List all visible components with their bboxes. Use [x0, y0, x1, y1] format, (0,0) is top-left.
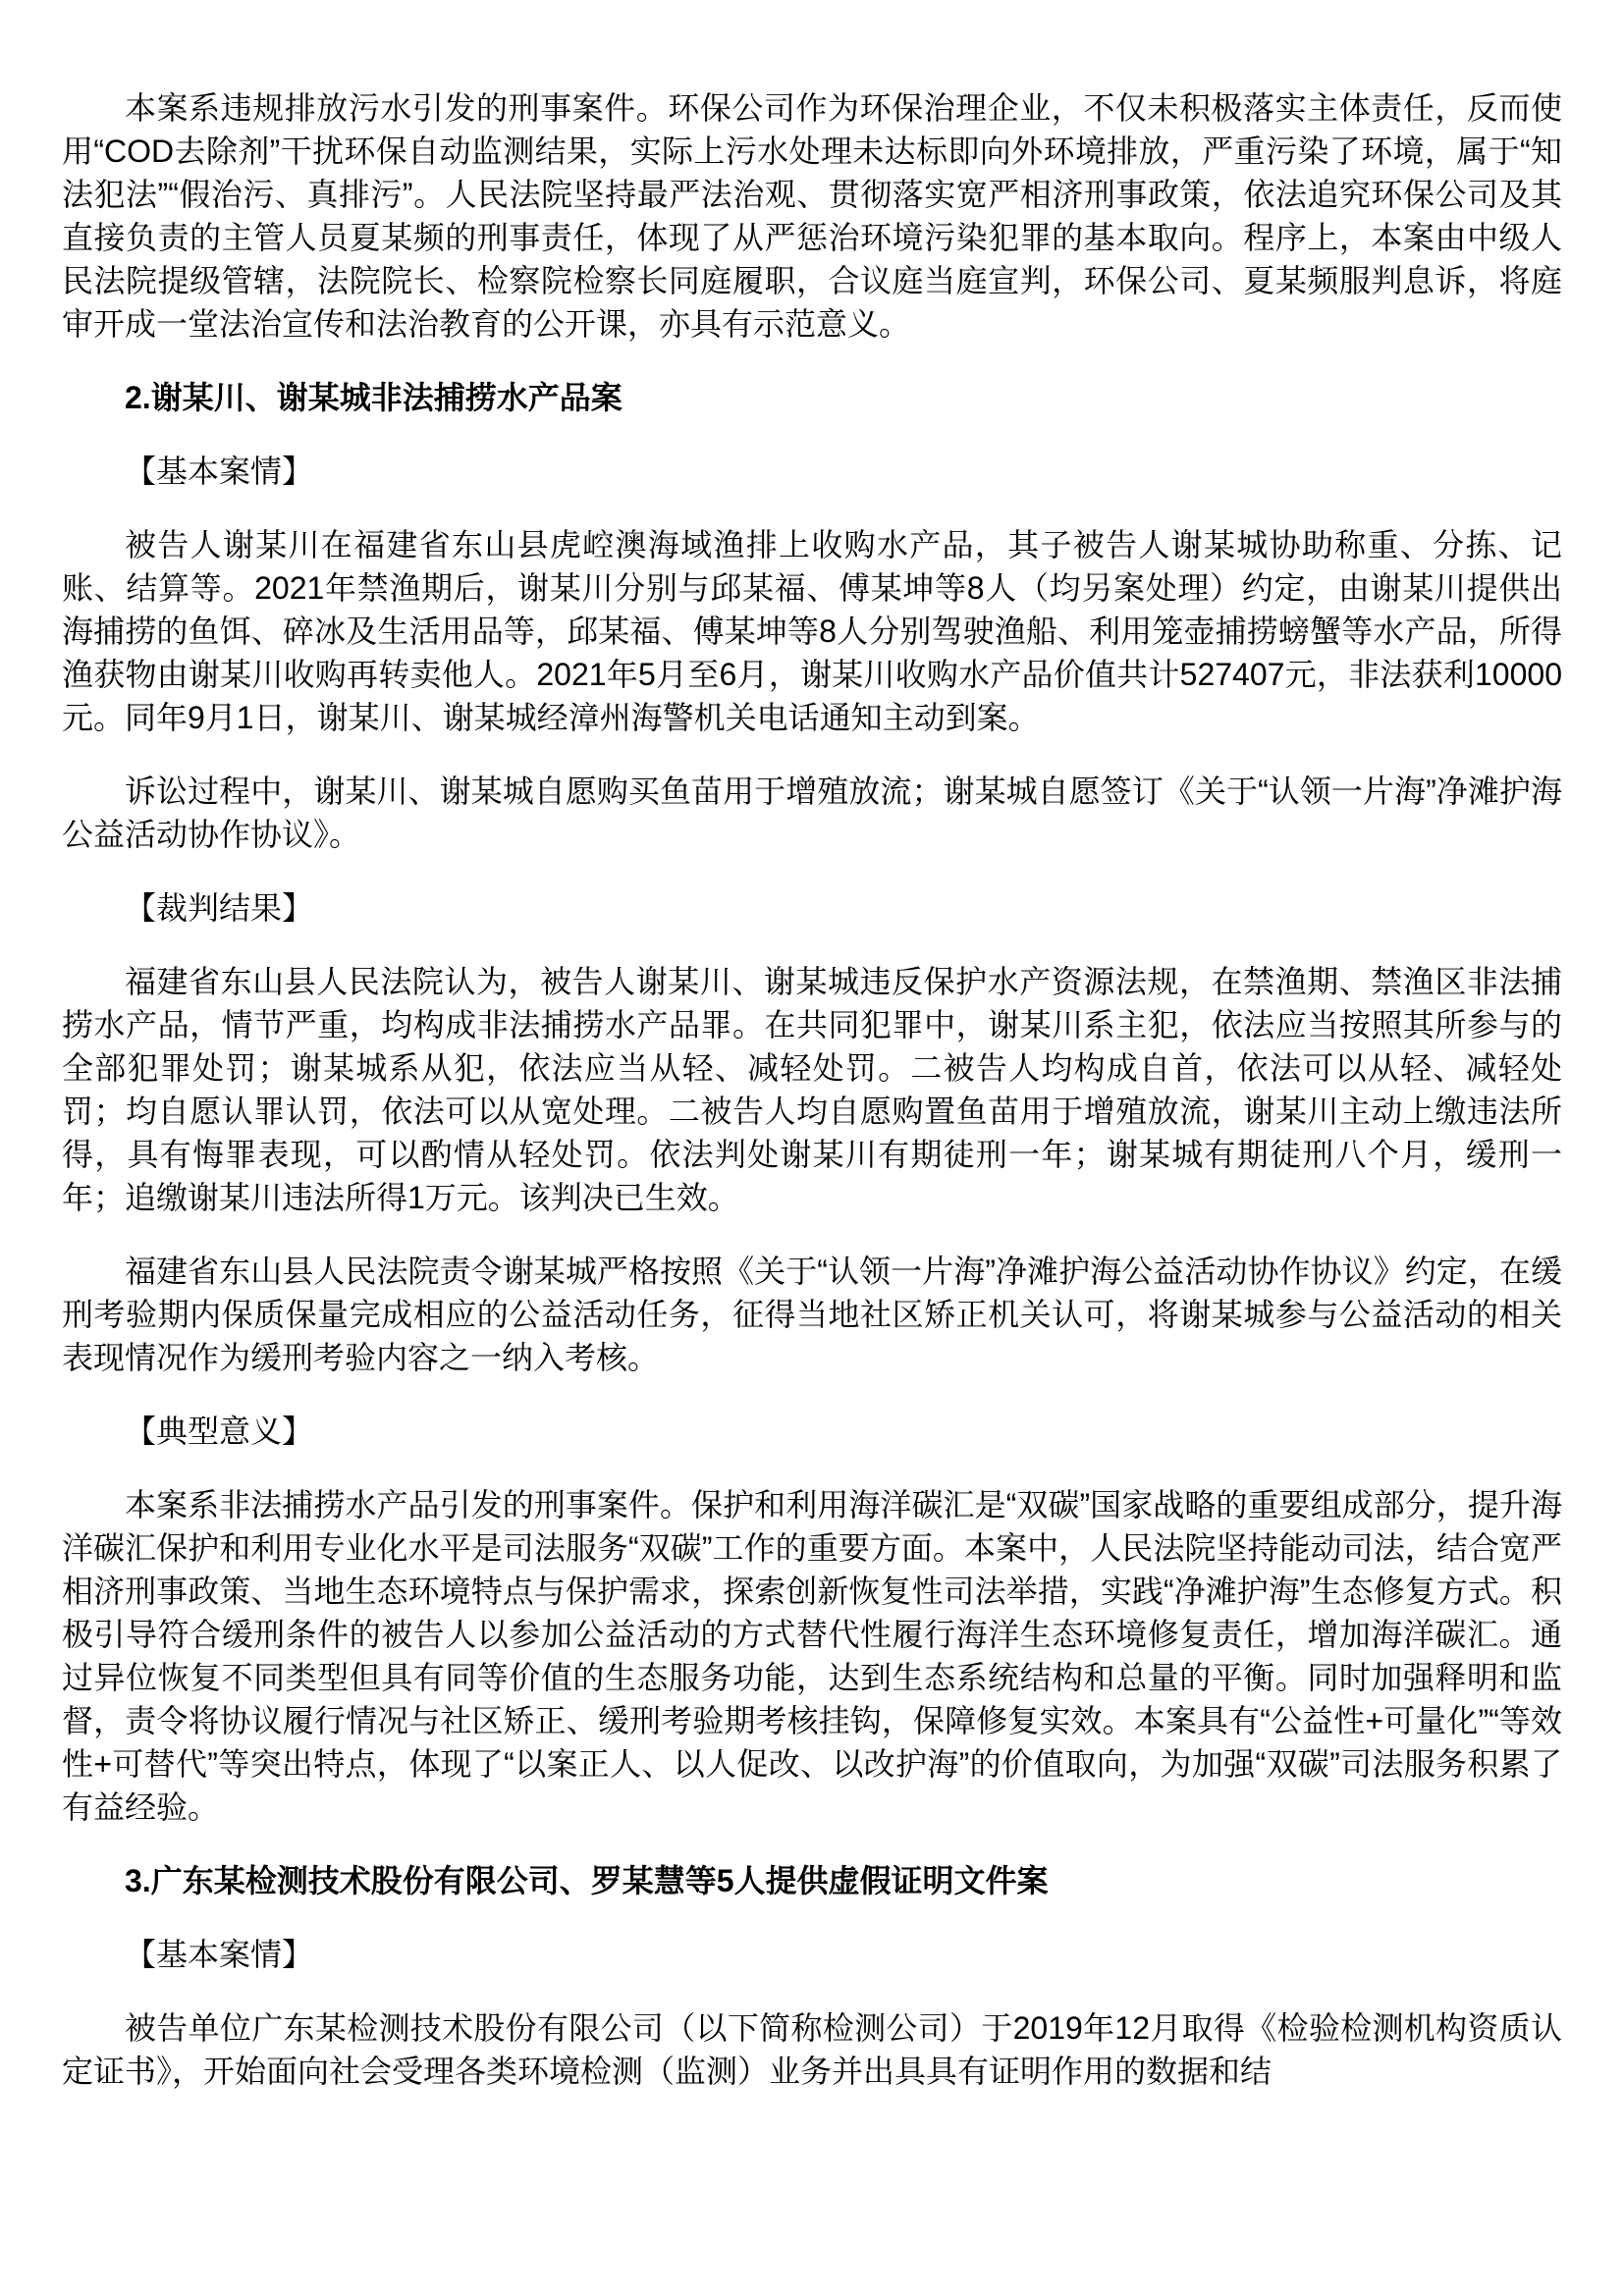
body-paragraph: 被告单位广东某检测技术股份有限公司（以下简称检测公司）于2019年12月取得《检… [62, 2006, 1562, 2093]
body-paragraph: 诉讼过程中，谢某川、谢某城自愿购买鱼苗用于增殖放流；谢某城自愿签订《关于“认领一… [62, 770, 1562, 856]
section-heading: 【裁判结果】 [62, 886, 1562, 930]
section-heading: 【典型意义】 [62, 1410, 1562, 1453]
section-heading: 【基本案情】 [62, 1933, 1562, 1976]
case-title-heading: 3.广东某检测技术股份有限公司、罗某慧等5人提供虚假证明文件案 [62, 1859, 1562, 1902]
body-paragraph: 福建省东山县人民法院认为，被告人谢某川、谢某城违反保护水产资源法规，在禁渔期、禁… [62, 960, 1562, 1219]
body-paragraph: 福建省东山县人民法院责令谢某城严格按照《关于“认领一片海”净滩护海公益活动协作协… [62, 1250, 1562, 1379]
case-title-heading: 2.谢某川、谢某城非法捕捞水产品案 [62, 376, 1562, 419]
document-page: 本案系违规排放污水引发的刑事案件。环保公司作为环保治理企业，不仅未积极落实主体责… [0, 0, 1624, 2296]
section-heading: 【基本案情】 [62, 450, 1562, 493]
document-content: 本案系违规排放污水引发的刑事案件。环保公司作为环保治理企业，不仅未积极落实主体责… [62, 86, 1562, 2093]
body-paragraph: 本案系非法捕捞水产品引发的刑事案件。保护和利用海洋碳汇是“双碳”国家战略的重要组… [62, 1483, 1562, 1829]
body-paragraph: 被告人谢某川在福建省东山县虎崆澳海域渔排上收购水产品，其子被告人谢某城协助称重、… [62, 523, 1562, 739]
body-paragraph: 本案系违规排放污水引发的刑事案件。环保公司作为环保治理企业，不仅未积极落实主体责… [62, 86, 1562, 346]
